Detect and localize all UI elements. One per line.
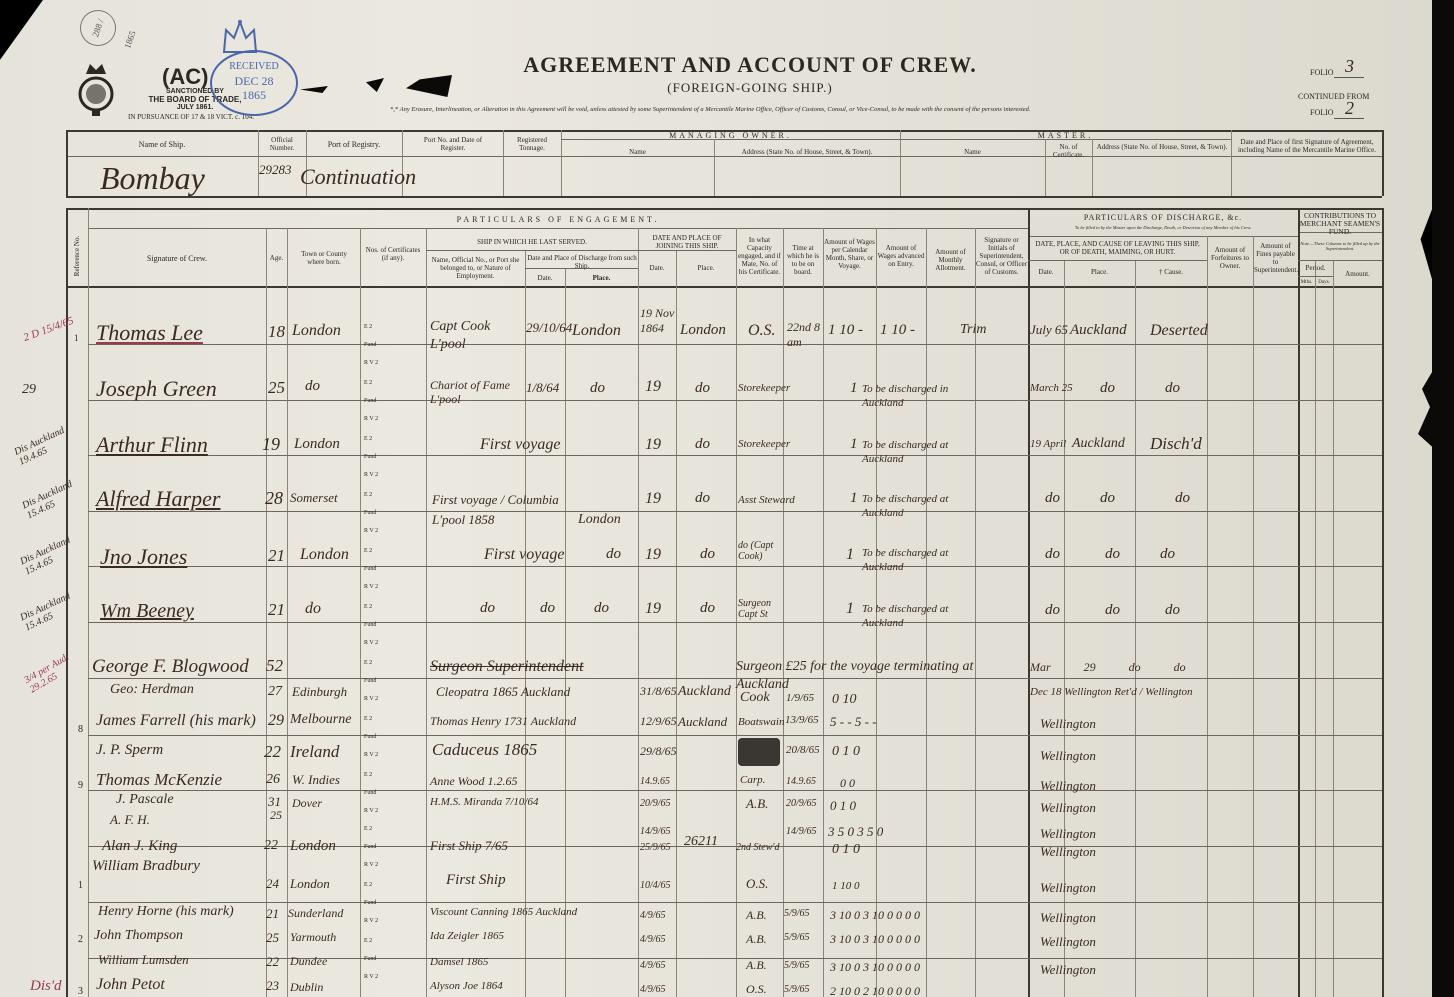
- last-ship: First voyage: [480, 436, 560, 454]
- time-on-board: 14.9.65: [786, 776, 816, 787]
- capacity: O.S.: [746, 982, 767, 997]
- last-ship: Thomas Henry 1731 Auckland: [430, 714, 576, 729]
- capacity: A.B.: [746, 908, 767, 923]
- paper-tear: [406, 75, 452, 97]
- join-date: 19: [645, 600, 661, 618]
- ref-number: 9: [78, 780, 83, 791]
- leave-place: Auckland: [1070, 322, 1127, 339]
- last-ship: Caduceus 1865: [432, 740, 537, 760]
- ld-date: do: [540, 600, 555, 617]
- last-ship: Capt Cook L'pool: [430, 318, 525, 354]
- col-town-born: Town or County where born.: [292, 250, 356, 266]
- crew-age: 28: [265, 488, 283, 509]
- crew-age: 22: [264, 838, 278, 854]
- wages: 1: [846, 600, 854, 618]
- wages: 3 10 0 3 10 0 0 0 0: [830, 932, 920, 947]
- col-joining: DATE AND PLACE OF JOINING THIS SHIP.: [640, 234, 734, 250]
- wages: 3 10 0 3 10 0 0 0 0: [830, 960, 920, 975]
- crew-born: do: [305, 378, 320, 395]
- capacity: Storekeeper: [738, 438, 790, 450]
- time-on-board: 5/9/65: [784, 932, 810, 943]
- ref-number: 1: [78, 880, 83, 891]
- col-advance: Amount of Wages advanced on Entry.: [877, 244, 925, 268]
- join-date: 19: [645, 378, 661, 396]
- col-contributions: CONTRIBUTIONS TO MERCHANT SEAMEN'S FUND.: [1299, 212, 1381, 236]
- crew-age: 29: [268, 712, 284, 730]
- crew-born: Yarmouth: [290, 930, 336, 945]
- col-period: Period.: [1298, 264, 1333, 272]
- last-ship: do: [480, 600, 495, 617]
- superint-note: To be discharged at Auckland: [862, 492, 972, 520]
- ref-number: 1: [74, 333, 79, 343]
- crew-signature: Arthur Flinn: [96, 432, 208, 458]
- capacity: A.B.: [746, 796, 768, 812]
- last-ship: Alyson Joe 1864: [430, 980, 503, 992]
- superint-note: To be discharged in Auckland: [862, 382, 972, 410]
- col-master-certificate: No. of Certificate.: [1045, 143, 1092, 159]
- superint-note: To be discharged at Auckland: [862, 438, 972, 466]
- join-date: 31/8/65: [640, 684, 677, 699]
- capacity: A.B.: [746, 932, 767, 947]
- col-official-number: Official Number.: [262, 136, 302, 152]
- margin-note: Dis Auckland 15.4.65: [21, 473, 92, 522]
- last-ship: Viscount Canning 1865 Auckland: [430, 906, 577, 918]
- leave-note: Wellington: [1040, 934, 1096, 950]
- crew-born: London: [290, 876, 330, 892]
- leave-note: Wellington: [1040, 826, 1096, 842]
- crew-signature: John Thompson: [94, 928, 183, 944]
- document-sheet: 288 / 1865 (AC) SANCTIONED BY THE BOARD …: [0, 0, 1432, 997]
- join-date: 4/9/65: [640, 984, 666, 995]
- ref-number: 3: [78, 986, 83, 997]
- time-on-board: 1/9/65: [786, 692, 814, 704]
- col-leave-place: Place.: [1064, 268, 1135, 276]
- crew-age: 26: [266, 772, 280, 788]
- superint-note: To be discharged at Auckland: [862, 602, 972, 630]
- col-particulars-discharge: PARTICULARS OF DISCHARGE, &c.: [1028, 213, 1298, 222]
- time-on-board: 5/9/65: [784, 908, 810, 919]
- last-ship: Damsel 1865: [430, 956, 488, 968]
- crew-born: W. Indies: [292, 772, 340, 788]
- scan-border: [1432, 0, 1454, 997]
- margin-note: Dis'd: [30, 978, 62, 995]
- ld-place: do: [594, 600, 609, 617]
- join-place: Auckland: [678, 684, 731, 700]
- ship-name-value: Bombay: [100, 160, 205, 197]
- superint-initials: Trim: [960, 322, 986, 338]
- crew-signature: Joseph Green: [96, 376, 217, 402]
- time-on-board: 5/9/65: [784, 960, 810, 971]
- contrib-note: Note.—These Columns to be filled up by t…: [1300, 241, 1380, 251]
- col-join-place: Place.: [676, 264, 736, 272]
- crew-signature: John Petot: [96, 976, 165, 994]
- capacity: Asst Steward: [738, 494, 795, 506]
- crew-born: London: [292, 322, 341, 340]
- crew-signature: James Farrell (his mark): [96, 712, 256, 730]
- col-mths: Mths.: [1298, 279, 1315, 287]
- col-port-no-date: Port No. and Date of Register.: [412, 136, 494, 152]
- col-first-signature: Date and Place of first Signature of Agr…: [1236, 138, 1378, 154]
- leave-date: March 25: [1030, 382, 1073, 394]
- wages: 1: [850, 380, 858, 397]
- last-ship: Cleopatra 1865 Auckland: [436, 684, 570, 700]
- leave-place: Auckland: [1072, 436, 1125, 452]
- continued-folio-label: FOLIO: [1310, 108, 1334, 117]
- wages: 1 10 -: [828, 322, 863, 339]
- crew-born: London: [290, 838, 336, 855]
- ref-number: 2: [78, 934, 83, 945]
- received-stamp: RECEIVED DEC 28 1865: [210, 50, 298, 116]
- leave-date: do: [1045, 602, 1060, 619]
- join-date: 4/9/65: [640, 910, 666, 921]
- superint-note: To be discharged at Auckland: [862, 546, 972, 574]
- col-last-ship: SHIP IN WHICH HE LAST SERVED.: [426, 238, 638, 246]
- time-on-board: 20/9/65: [786, 798, 817, 809]
- col-discharge-date-place: Date and Place of Discharge from such Sh…: [527, 254, 637, 270]
- capacity: A.B.: [746, 958, 767, 973]
- col-signature: Signature of Crew.: [88, 254, 266, 263]
- corner-stamp: 288 / 1865: [75, 5, 121, 51]
- crew-age: 21: [266, 906, 279, 922]
- col-certificates: Nos. of Certificates (if any).: [364, 246, 422, 262]
- crew-signature: J. P. Sperm: [96, 742, 163, 759]
- ld-place: London: [578, 512, 621, 528]
- crew-signature: Jno Jones: [100, 544, 187, 570]
- leave-cause: do: [1165, 380, 1180, 397]
- time-on-board: 5/9/65: [784, 984, 810, 995]
- wages: 0 0: [840, 776, 855, 791]
- wages: 0 1 0: [832, 744, 860, 760]
- col-capacity: In what Capacity engaged, and if Mate, N…: [737, 236, 782, 276]
- leave-cause: do: [1165, 602, 1180, 619]
- folio-value: 3: [1345, 56, 1354, 77]
- margin-note: Dis Auckland 15.4.65: [19, 529, 90, 578]
- leave-cause: Disch'd: [1150, 434, 1202, 454]
- crew-signature: Thomas McKenzie: [96, 770, 222, 790]
- document-subtitle: (FOREIGN-GOING SHIP.): [490, 80, 1010, 96]
- join-date: 20/9/65: [640, 798, 671, 809]
- crew-born: London: [300, 546, 349, 564]
- leave-note: Wellington: [1040, 844, 1096, 860]
- join-date: 4/9/65: [640, 960, 666, 971]
- col-particulars-engagement: PARTICULARS OF ENGAGEMENT.: [88, 215, 1028, 224]
- ink-blot: [738, 738, 780, 766]
- continued-from-label: CONTINUED FROM: [1298, 92, 1369, 101]
- join-place: do: [695, 436, 710, 453]
- join-place: do: [700, 600, 715, 617]
- col-join-date: Date.: [638, 264, 676, 272]
- col-days: Days.: [1315, 279, 1333, 287]
- crown-stamp-icon: [220, 18, 260, 54]
- last-ship: Ida Zeigler 1865: [430, 930, 504, 942]
- capacity: Boatswain: [738, 716, 784, 728]
- ld-date: do: [606, 546, 621, 563]
- col-wages: Amount of Wages per Calendar Month, Shar…: [824, 238, 875, 270]
- crew-signature: Alan J. King: [102, 838, 177, 855]
- leave-date: do: [1045, 546, 1060, 563]
- col-cause: † Cause.: [1135, 268, 1207, 276]
- port-registry-value: Continuation: [300, 164, 416, 190]
- col-leave-date: Date.: [1028, 268, 1064, 276]
- wages: 3 5 0 3 5 0: [828, 824, 883, 840]
- last-ship: First Ship: [446, 872, 506, 889]
- crew-born: do: [305, 600, 321, 618]
- crew-born: Sunderland: [288, 906, 343, 921]
- col-master-address: Address (State No. of House, Street, & T…: [1096, 143, 1228, 151]
- leave-place: do: [1100, 380, 1115, 397]
- col-port-registry: Port of Registry.: [306, 140, 402, 149]
- time-on-board: 22nd 8 am: [787, 320, 821, 350]
- leave-date: July 65: [1030, 322, 1068, 338]
- crew-born: Edinburgh: [292, 684, 347, 700]
- join-date: 12/9/65: [640, 714, 677, 729]
- col-owner-name: Name: [561, 148, 714, 156]
- last-ship: H.M.S. Miranda 7/10/64: [430, 796, 538, 808]
- wages: 1 10 0: [832, 880, 860, 892]
- join-date: 19 Nov 1864: [640, 306, 680, 336]
- crew-age: 25: [266, 930, 279, 946]
- capacity: O.S.: [748, 322, 776, 340]
- col-name-of-ship: Name of Ship.: [66, 140, 258, 149]
- wages: 1: [850, 490, 858, 507]
- capacity: O.S.: [746, 876, 768, 892]
- join-place: London: [680, 322, 726, 339]
- col-ld-date: Date.: [525, 274, 565, 282]
- leave-note: Wellington: [1040, 778, 1096, 794]
- ld-date: 1/8/64: [526, 380, 559, 396]
- paper-tear: [366, 78, 384, 92]
- continued-folio-value: 2: [1345, 98, 1354, 119]
- crew-age: 25: [268, 378, 285, 398]
- join-place: Auckland: [678, 714, 727, 730]
- ref-number: 8: [78, 724, 83, 735]
- crew-age: 23: [266, 978, 279, 994]
- last-ship: Surgeon Superintendent: [430, 658, 584, 676]
- join-date: 19: [645, 490, 661, 508]
- crew-age: 52: [266, 656, 283, 676]
- col-fines: Amount of Fines payable to Superintenden…: [1254, 242, 1297, 274]
- folio-label: FOLIO: [1310, 68, 1334, 77]
- crew-born: London: [294, 436, 340, 453]
- margin-note: 29: [22, 382, 36, 398]
- crew-born: Ireland: [290, 742, 339, 762]
- col-superintendent: Signature or Initials of Superintendent,…: [976, 236, 1027, 276]
- last-ship: Chariot of Fame L'pool: [430, 378, 525, 406]
- crew-signature: Geo: Herdman: [110, 682, 194, 698]
- erasure-notice: *,* Any Erasure, Interlineation, or Alte…: [390, 106, 1120, 113]
- wages: 0 10: [832, 692, 857, 708]
- leave-note: Wellington: [1040, 910, 1096, 926]
- join-place: do: [700, 546, 715, 563]
- capacity: Storekeeper: [738, 382, 790, 394]
- leave-date: do: [1045, 490, 1060, 507]
- ld-date: 29/10/64: [526, 320, 572, 336]
- wages: 0 1 0: [832, 842, 860, 858]
- crew-age: 22: [266, 954, 279, 970]
- col-master-name: Name: [900, 148, 1045, 156]
- form-code: (AC): [162, 64, 208, 90]
- wages: 0 1 0: [830, 798, 856, 814]
- leave-place: do: [1105, 546, 1120, 563]
- join-place: do: [695, 380, 710, 397]
- capacity: do (Capt Cook): [738, 540, 783, 562]
- margin-note: 3/4 per Aud. 29.2.65: [23, 646, 86, 695]
- crew-born: Melbourne: [290, 712, 351, 728]
- wages: 2 10 0 2 10 0 0 0 0: [830, 984, 920, 997]
- last-ship: First voyage: [484, 546, 564, 564]
- time-on-board: 14/9/65: [786, 826, 817, 837]
- crew-age: 21: [268, 546, 285, 566]
- col-reference-no: Reference No.: [73, 221, 81, 291]
- leave-note: Dec 18 Wellington Ret'd / Wellington: [1030, 682, 1230, 702]
- discharge-note: To be filled in by the Master upon the D…: [1030, 225, 1296, 230]
- col-forfeitures: Amount of Forfeitures to Owner.: [1208, 246, 1252, 270]
- col-ld-place: Place.: [565, 274, 638, 282]
- leave-cause: Deserted: [1150, 322, 1208, 340]
- ld-place: do: [590, 380, 605, 397]
- leave-note: Wellington: [1040, 962, 1096, 978]
- col-managing-owner: MANAGING OWNER.: [561, 131, 900, 140]
- crew-signature: Alfred Harper: [96, 486, 220, 512]
- crew-born: Dublin: [290, 980, 323, 995]
- leave-date: 19 April: [1030, 438, 1066, 450]
- crew-age: 27: [268, 684, 282, 700]
- col-last-ship-name: Name, Official No., or Port she belonged…: [428, 256, 523, 280]
- crew-signature: George F. Blogwood: [92, 656, 249, 678]
- leave-note: Wellington: [1040, 880, 1096, 896]
- join-date: 29/8/65: [640, 744, 677, 759]
- capacity: Cook: [740, 690, 770, 706]
- advance: 1 10 -: [880, 322, 915, 339]
- crew-born: Dover: [292, 796, 322, 811]
- crew-signature: A. F. H.: [110, 812, 150, 828]
- crew-age: 21: [268, 600, 285, 620]
- col-amount: Amount.: [1333, 270, 1382, 278]
- leave-cause: do: [1160, 546, 1175, 563]
- join-date: 14/9/65: [640, 826, 671, 837]
- crew-signature: J. Pascale: [116, 792, 174, 808]
- crew-age: 22: [264, 742, 281, 762]
- margin-note: Dis Auckland 15.4.65: [19, 585, 90, 634]
- crew-signature: William Bradbury: [92, 858, 200, 875]
- crew-age: 24: [266, 876, 279, 892]
- crew-signature: Henry Horne (his mark): [98, 904, 234, 920]
- join-date: 10/4/65: [640, 880, 671, 891]
- leave-cause: do: [1175, 490, 1190, 507]
- crew-age: 19: [262, 434, 280, 455]
- royal-crest-icon: [74, 60, 118, 118]
- crew-signature: Thomas Lee: [96, 320, 203, 346]
- col-registered-tonnage: Registered Tonnage.: [507, 136, 557, 152]
- leave-note: Mar 29 do do: [1030, 660, 1210, 675]
- capacity: Surgeon Capt St: [738, 598, 783, 620]
- col-master: MASTER.: [900, 131, 1231, 140]
- leave-place: do: [1100, 490, 1115, 507]
- join-date: 4/9/65: [640, 934, 666, 945]
- leave-place: do: [1105, 602, 1120, 619]
- leave-note: Wellington: [1040, 716, 1096, 732]
- crew-age: 18: [268, 322, 285, 342]
- wages: 1: [846, 546, 854, 564]
- col-allotment: Amount of Monthly Allotment.: [927, 248, 974, 272]
- wages: 3 10 0 3 10 0 0 0 0: [830, 908, 920, 923]
- col-owner-address: Address (State No. of House, Street, & T…: [714, 148, 900, 156]
- col-time-on-board: Time at which he is to be on board.: [784, 244, 822, 276]
- crew-age: 25: [270, 808, 282, 823]
- document-title: AGREEMENT AND ACCOUNT OF CREW.: [490, 52, 1010, 78]
- margin-note: Dis Auckland 19.4.65: [13, 418, 86, 468]
- join-place: do: [695, 490, 710, 507]
- col-leaving: DATE, PLACE, AND CAUSE OF LEAVING THIS S…: [1030, 240, 1205, 256]
- official-no: 26211: [684, 834, 718, 850]
- crew-born: Somerset: [290, 490, 338, 506]
- time-on-board: 13/9/65: [785, 714, 819, 726]
- join-date: 25/9/65: [640, 842, 671, 853]
- capacity: 2nd Stew'd: [736, 842, 780, 853]
- official-number-value: 29283: [259, 162, 292, 178]
- capacity: Surgeon £25 for the voyage terminating a…: [736, 658, 1026, 694]
- leave-note: Wellington: [1040, 800, 1096, 816]
- leave-note: Wellington: [1040, 748, 1096, 764]
- time-on-board: 20/8/65: [786, 744, 820, 756]
- last-ship: Anne Wood 1.2.65: [430, 774, 518, 789]
- join-date: 19: [645, 436, 661, 454]
- last-ship: First Ship 7/65: [430, 838, 508, 854]
- join-date: 19: [645, 546, 661, 564]
- wages: 5 - - 5 - -: [830, 714, 877, 730]
- col-age: Age.: [266, 254, 287, 262]
- last-ship: First voyage / Columbia L'pool 1858: [432, 490, 592, 530]
- wages: 1: [850, 436, 858, 453]
- capacity: Carp.: [740, 774, 765, 786]
- crew-signature: William Lumsden: [98, 952, 189, 968]
- join-date: 14.9.65: [640, 776, 670, 787]
- paper-tear: [300, 86, 328, 93]
- pursuance-note: IN PURSUANCE OF 17 & 18 VICT. c. 104.: [128, 113, 254, 121]
- ld-place: London: [572, 322, 621, 340]
- crew-signature: Wm Beeney: [100, 600, 194, 623]
- crew-born: Dundee: [290, 954, 327, 969]
